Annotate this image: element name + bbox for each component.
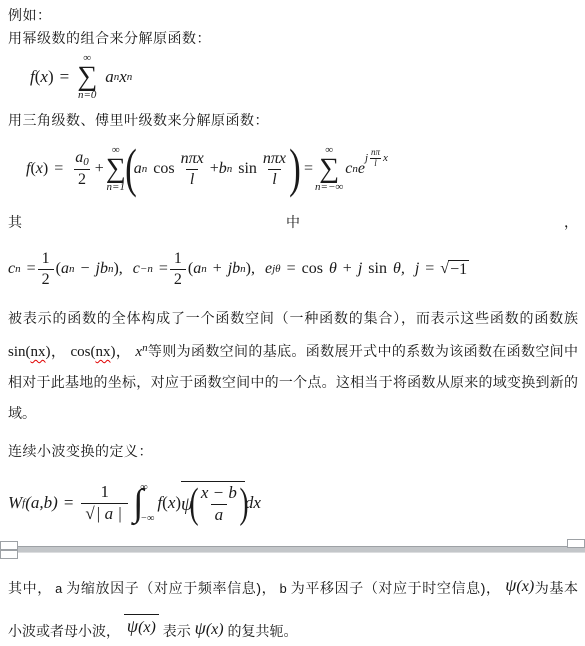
math-x: x bbox=[36, 160, 43, 178]
var-b: b bbox=[279, 582, 287, 597]
math-j: j bbox=[358, 260, 362, 278]
psi-arg: (x) bbox=[516, 578, 534, 595]
math-x: x bbox=[383, 153, 388, 164]
paragraph-line-1: 被表示的函数的全体构成了一个函数空间（一种函数的集合），而表示这些函数的函数族 bbox=[8, 308, 578, 328]
integral-lower: −∞ bbox=[141, 513, 155, 524]
math-paren: ) bbox=[48, 67, 54, 87]
formula-wavelet-transform: Wf (a,b) = 1 √| a | ∫ ∞ −∞ f(x) ψ ( x − … bbox=[8, 470, 261, 536]
math-den: 2 bbox=[74, 169, 90, 189]
fraction-x-b-over-a: x − b a bbox=[197, 484, 241, 524]
complex-conjugate-overline: ψ ( x − b a ) bbox=[181, 481, 245, 524]
cos-open: cos( bbox=[70, 344, 95, 360]
fraction-a0-2: a0 2 bbox=[71, 149, 93, 189]
math-minus: − bbox=[80, 260, 89, 278]
psi-arg: (x) bbox=[206, 621, 224, 638]
math-sub: n bbox=[142, 163, 148, 175]
sum-lower: n=−∞ bbox=[315, 182, 343, 193]
char-zhong: 中 bbox=[286, 212, 300, 232]
math-paren: ), bbox=[113, 260, 122, 278]
math-sin: sin bbox=[238, 160, 257, 178]
math-j: j bbox=[415, 260, 419, 278]
sigma-glyph: ∑ bbox=[77, 64, 97, 91]
math-cos: cos bbox=[302, 260, 323, 278]
math-sub: −n bbox=[140, 263, 153, 275]
math-den: l bbox=[374, 159, 377, 168]
math-c: c bbox=[8, 260, 15, 278]
sigma-sum: ∞ ∑ n=−∞ bbox=[315, 145, 343, 194]
math-cos: cos bbox=[153, 160, 174, 178]
sigma-glyph: ∑ bbox=[106, 156, 126, 183]
char-qi: 其 bbox=[8, 212, 22, 232]
math-num: 1 bbox=[97, 483, 114, 503]
math-j: j bbox=[365, 153, 368, 164]
fraction-one-over-sqrt-a: 1 √| a | bbox=[81, 483, 128, 523]
math-equals: = bbox=[304, 160, 313, 178]
formula-fourier-series: f(x) = a0 2 + ∞ ∑ n=1 ( an cos nπx l + b… bbox=[26, 132, 388, 206]
sigma-sum: ∞ ∑ n=0 bbox=[77, 53, 97, 102]
math-equals: = bbox=[64, 493, 74, 513]
math-plus: + bbox=[213, 260, 222, 278]
math-equals: = bbox=[60, 67, 70, 87]
big-paren-right: ) bbox=[289, 146, 301, 192]
math-sin: sin bbox=[368, 260, 387, 278]
math-plus: + bbox=[210, 160, 219, 178]
math-equals: = bbox=[27, 260, 36, 278]
line-power-series: 用幂级数的组合来分解原函数： bbox=[8, 28, 211, 48]
math-c: c bbox=[133, 260, 140, 278]
math-sub: n bbox=[69, 263, 75, 275]
sum-lower: n=1 bbox=[107, 182, 125, 193]
math-equals: = bbox=[54, 160, 63, 178]
paragraph-text: 等则为函数空间的基底。函数展开式中的系数为该函数在函数空间中 bbox=[148, 343, 578, 359]
page-corner-box bbox=[567, 539, 585, 548]
integral-upper: ∞ bbox=[141, 482, 155, 493]
math-sup: jθ bbox=[272, 263, 280, 275]
math-b: b bbox=[219, 160, 227, 178]
math-W: W bbox=[8, 493, 22, 513]
line-wavelet-definition: 连续小波变换的定义： bbox=[8, 441, 153, 461]
math-den: l bbox=[268, 169, 280, 189]
math-c: c bbox=[345, 160, 352, 178]
page-corner-box bbox=[0, 541, 18, 550]
mini-fraction: nπ l bbox=[370, 148, 381, 168]
justified-qizhong-row: 其 中 ， bbox=[8, 212, 578, 232]
math-equals: = bbox=[287, 260, 296, 278]
sin-open: sin( bbox=[8, 344, 31, 360]
formula-coefficients: cn = 1 2 (an − jbn), c−n = 1 2 (an + jbn… bbox=[8, 244, 469, 294]
bottom-text: 为基本 bbox=[534, 580, 578, 596]
integral-group: ∫ ∞ −∞ bbox=[133, 482, 154, 524]
var-a: a bbox=[55, 582, 63, 597]
bottom-line-2: 小波或者母小波， ψ(x) 表示 ψ(x) 的复共轭。 bbox=[8, 614, 578, 641]
bottom-text: 小波或者母小波， bbox=[8, 623, 120, 639]
line-trig-series: 用三角级数、傅里叶级数来分解原函数： bbox=[8, 110, 269, 130]
paragraph-line-4: 域。 bbox=[8, 403, 578, 423]
paragraph-line-3: 相对于此基地的坐标，对应于函数空间中的一个点。这相当于将函数从原来的域变换到新的 bbox=[8, 372, 578, 392]
formula-power-series: f(x) = ∞ ∑ n=0 anxn bbox=[30, 50, 132, 104]
sigma-sum: ∞ ∑ n=1 bbox=[106, 145, 126, 194]
heading-example: 例如： bbox=[8, 5, 52, 25]
math-num: x − b bbox=[197, 484, 241, 504]
sum-lower: n=0 bbox=[78, 90, 96, 101]
page-corner-box bbox=[0, 550, 18, 559]
math-den: a bbox=[211, 504, 228, 525]
nx-misspelled: nx bbox=[95, 344, 110, 360]
math-den: 2 bbox=[38, 269, 54, 289]
math-num: nπx bbox=[259, 150, 290, 169]
math-num: 1 bbox=[170, 250, 186, 269]
sin-close: )， bbox=[46, 344, 67, 360]
radicand: −1 bbox=[448, 260, 469, 279]
big-paren-right: ) bbox=[239, 487, 248, 523]
nx-misspelled: nx bbox=[31, 344, 46, 360]
math-paren: ), bbox=[246, 260, 255, 278]
paragraph-line-2: sin(nx)， cos(nx)， xn等则为函数空间的基底。函数展开式中的系数… bbox=[8, 340, 578, 361]
bottom-line-1: 其中，a为缩放因子（对应于频率信息)，b为平移因子（对应于时空信息)， ψ(x)… bbox=[8, 575, 578, 598]
psi-symbol: ψ bbox=[505, 575, 516, 595]
math-plus: + bbox=[95, 160, 104, 178]
math-theta: θ, bbox=[393, 260, 405, 278]
math-sub: n bbox=[15, 263, 21, 275]
math-equals: = bbox=[425, 260, 434, 278]
bottom-text: 其中， bbox=[8, 580, 52, 596]
math-sub: n bbox=[201, 263, 207, 275]
math-sub: 0 bbox=[83, 156, 89, 168]
fraction-half: 1 2 bbox=[170, 250, 186, 288]
math-jb: jb bbox=[228, 260, 240, 278]
psi-symbol: ψ bbox=[195, 618, 206, 638]
math-x: x bbox=[40, 67, 48, 87]
math-x: x bbox=[119, 67, 127, 87]
psi-arg: (x) bbox=[138, 619, 156, 636]
math-num: nπx bbox=[177, 150, 208, 169]
fraction-npix-l: nπx l bbox=[259, 150, 290, 188]
math-den: 2 bbox=[170, 269, 186, 289]
char-comma: ， bbox=[564, 212, 578, 232]
sigma-glyph: ∑ bbox=[319, 156, 339, 183]
math-x: x bbox=[168, 493, 176, 513]
math-num: 1 bbox=[38, 250, 54, 269]
psi-symbol: ψ bbox=[127, 616, 138, 636]
math-theta: θ bbox=[329, 260, 337, 278]
math-plus: + bbox=[343, 260, 352, 278]
math-args: (a,b) bbox=[25, 493, 58, 513]
psi-inline: ψ(x) bbox=[195, 618, 224, 639]
math-den: l bbox=[186, 169, 198, 189]
bottom-text: 为平移因子（对应于时空信息)， bbox=[290, 580, 501, 596]
exponent-group: j nπ l x bbox=[365, 148, 388, 168]
document-page: 例如： 用幂级数的组合来分解原函数： f(x) = ∞ ∑ n=0 anxn 用… bbox=[0, 0, 585, 646]
math-sup: n bbox=[127, 71, 133, 83]
math-paren: ) bbox=[43, 160, 48, 178]
math-a: a bbox=[193, 260, 201, 278]
psi-inline: ψ(x) bbox=[505, 575, 534, 596]
cos-close: )， bbox=[110, 344, 131, 360]
math-sub: n bbox=[227, 163, 233, 175]
radicand: | a | bbox=[94, 503, 124, 523]
fraction-half: 1 2 bbox=[38, 250, 54, 288]
big-paren-left: ( bbox=[189, 487, 198, 523]
psi-conjugate-inline: ψ(x) bbox=[124, 614, 159, 637]
math-a: a bbox=[61, 260, 69, 278]
big-paren-left: ( bbox=[125, 146, 137, 192]
fraction-npix-l: nπx l bbox=[177, 150, 208, 188]
math-e: e bbox=[358, 160, 365, 178]
bottom-text: 的复共轭。 bbox=[227, 623, 297, 639]
math-a: a bbox=[105, 67, 114, 87]
math-equals: = bbox=[159, 260, 168, 278]
bottom-text: 表示 bbox=[163, 623, 191, 639]
page-break-band bbox=[0, 546, 585, 553]
bottom-text: 为缩放因子（对应于频率信息)， bbox=[66, 580, 277, 596]
math-jb: jb bbox=[96, 260, 108, 278]
